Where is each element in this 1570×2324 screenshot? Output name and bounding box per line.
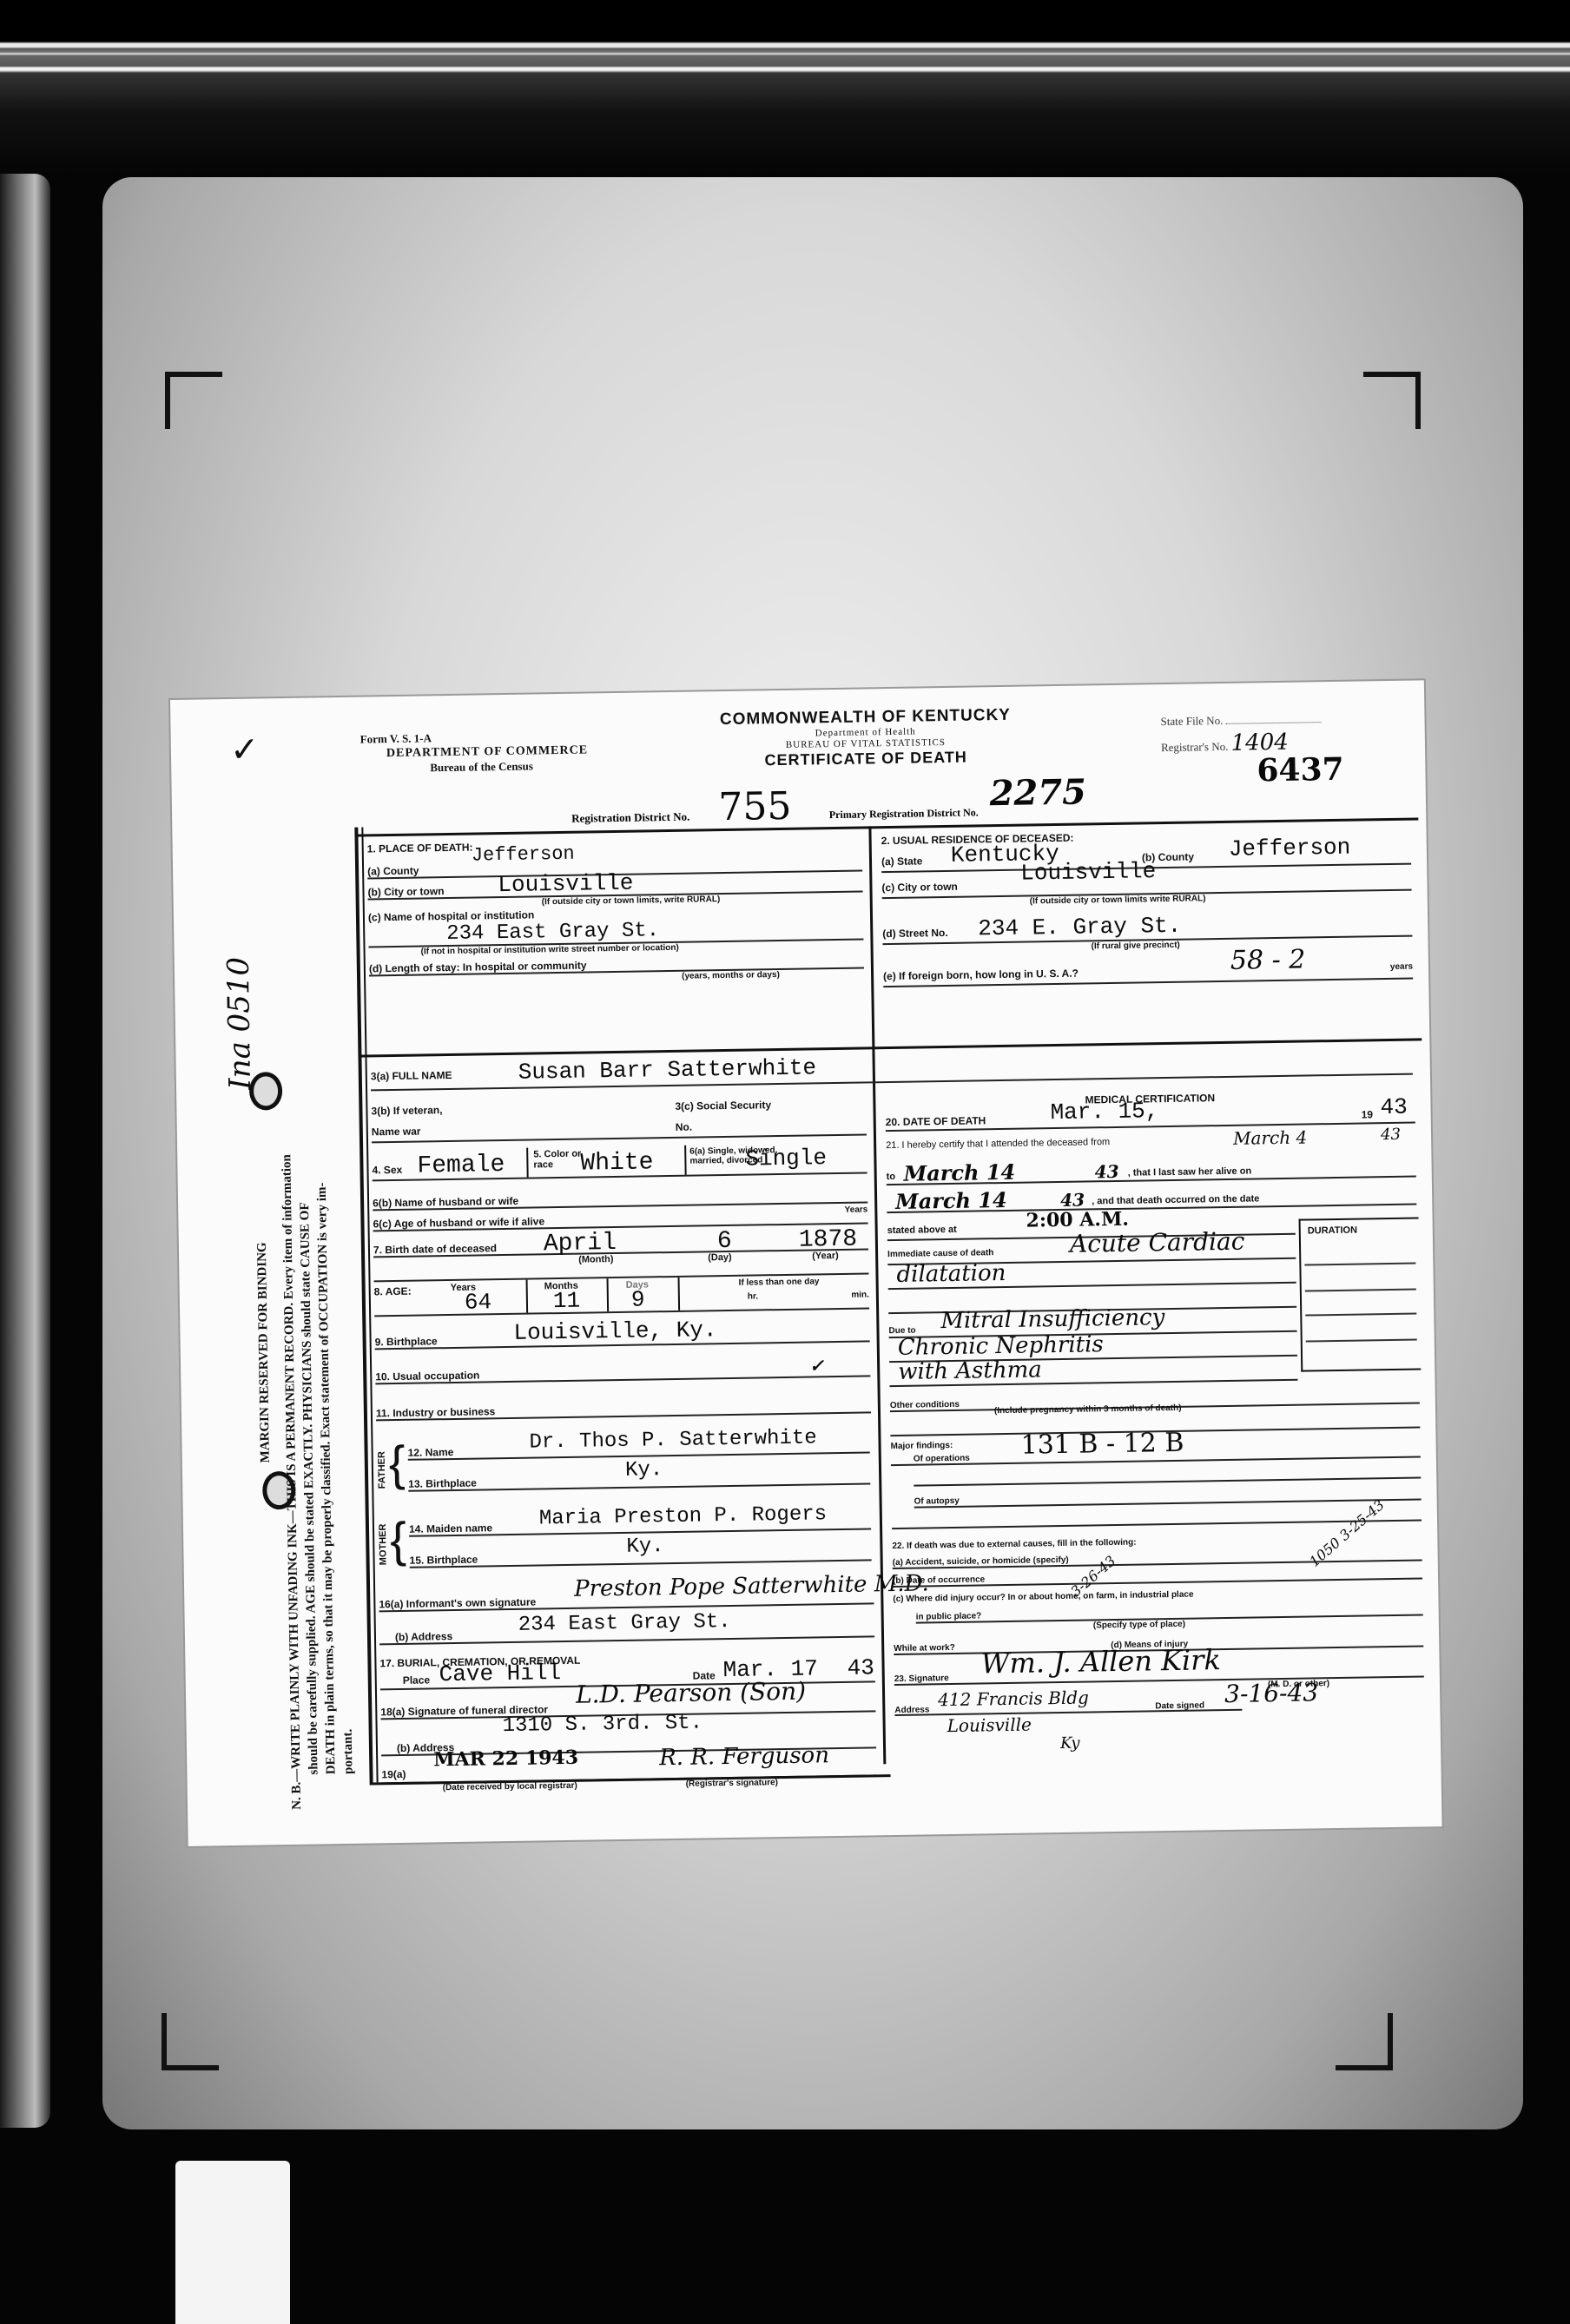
due-to-value-2: Chronic Nephritis	[898, 1331, 1104, 1361]
less-than-day-label: If less than one day	[739, 1277, 820, 1287]
informant-signature: Preston Pope Satterwhite M.D.	[574, 1570, 929, 1601]
residence-city-label: (c) City or town	[881, 881, 958, 894]
hr-label: hr.	[748, 1291, 758, 1301]
death-certificate: ✓ Ina 0510 MARGIN RESERVED FOR BINDING N…	[170, 680, 1442, 1846]
day-caption: (Day)	[708, 1252, 732, 1263]
next-frame-tab	[175, 2161, 290, 2324]
mother-name-field: 14. Maiden nameMaria Preston P. Rogers	[409, 1515, 871, 1536]
father-name-label: 12. Name	[408, 1446, 454, 1459]
crop-mark-top-right	[1363, 372, 1421, 429]
accident-label: (a) Accident, suicide, or homicide (spec…	[893, 1555, 1069, 1568]
foreign-born-field: (e) If foreign born, how long in U. S. A…	[883, 962, 1413, 988]
received-label: 19(a)	[381, 1768, 406, 1780]
duration-label: DURATION	[1308, 1224, 1419, 1236]
industry-field: 11. Industry or business	[376, 1399, 871, 1421]
duration-line	[1305, 1313, 1416, 1317]
informant-label: 16(a) Informant's own signature	[379, 1596, 536, 1611]
attended-to-year: 43	[1094, 1161, 1118, 1182]
state-file-label: State File No.	[1160, 714, 1223, 728]
spouse-name-field: 6(b) Name of husband or wife	[373, 1189, 867, 1211]
foreign-born-value: 58 - 2	[1230, 945, 1306, 976]
crop-mark-top-left	[165, 372, 222, 429]
death-year-value: 43	[1380, 1094, 1408, 1120]
date-signed-label: Date signed	[1155, 1700, 1204, 1711]
residence-state-label: (a) State	[881, 855, 923, 868]
hospital-value: 234 East Gray St.	[446, 919, 659, 946]
accident-field: (a) Accident, suicide, or homicide (spec…	[893, 1549, 1422, 1569]
due-to-value-1: Mitral Insufficiency	[940, 1304, 1164, 1334]
mother-group: MOTHER { 14. Maiden nameMaria Preston P.…	[378, 1507, 874, 1572]
check-mark-icon: ✓	[230, 730, 260, 770]
duration-line	[1306, 1339, 1417, 1343]
stamp-number: 6437	[1257, 756, 1344, 784]
burial-year-value: 43	[847, 1654, 874, 1680]
death-city-value: Louisville	[498, 870, 633, 898]
check-mark-icon: ✓	[809, 1355, 824, 1376]
attended-to-value: March 14	[903, 1159, 1015, 1186]
bureau-name: Bureau of the Census	[430, 757, 588, 775]
received-date-stamp: MAR 22 1943	[433, 1746, 578, 1772]
death-county-label: (a) County	[367, 865, 419, 878]
personal-section: 3(b) If veteran,3(c) Social Security Nam…	[371, 1097, 876, 1796]
physician-address-label: Address	[894, 1705, 929, 1715]
scan-header-bands	[0, 0, 1570, 174]
brace-icon: {	[390, 1511, 407, 1568]
divider	[607, 1278, 610, 1311]
major-findings-code: 131 B - 12 B	[1020, 1428, 1184, 1461]
age-days-value: 9	[631, 1287, 645, 1313]
birthplace-field: 9. Birthplace Louisville, Ky.	[374, 1321, 869, 1350]
last-saw-year: 43	[1060, 1190, 1085, 1211]
place-of-death-heading: 1. PLACE OF DEATH:	[367, 835, 862, 855]
age-years-value: 64	[465, 1289, 492, 1315]
mother-birthplace-field: 15. BirthplaceKy.	[409, 1547, 871, 1568]
ssn-no-label: No.	[676, 1121, 693, 1133]
age-months-value: 11	[553, 1288, 581, 1314]
at-work-label: While at work?	[894, 1643, 955, 1654]
full-name-label: 3(a) FULL NAME	[371, 1069, 452, 1082]
occurred-text: , and that death occurred on the date	[1092, 1193, 1259, 1206]
divider	[684, 1145, 687, 1175]
father-name-field: 12. NameDr. Thos P. Satterwhite	[408, 1439, 870, 1460]
federal-header: Form V. S. 1-A DEPARTMENT OF COMMERCE Bu…	[360, 728, 589, 776]
marital-value: Single	[745, 1145, 827, 1172]
birthplace-value: Louisville, Ky.	[513, 1317, 716, 1346]
father-birthplace-label: 13. Birthplace	[408, 1477, 477, 1490]
physician-address-1: 412 Francis Bldg	[938, 1687, 1089, 1711]
age-label: 8. AGE:	[374, 1285, 412, 1298]
death-county-value: Jefferson	[472, 843, 575, 867]
immediate-cause-value-2: dilatation	[896, 1260, 1006, 1288]
sex-label: 4. Sex	[372, 1164, 402, 1177]
duration-line	[1304, 1263, 1415, 1266]
adjacent-frame-edge	[0, 174, 50, 2128]
mother-name-label: 14. Maiden name	[409, 1522, 492, 1535]
divider	[526, 1148, 529, 1178]
divider	[526, 1280, 529, 1313]
min-label: min.	[851, 1290, 869, 1299]
attended-to-row: to March 14 43 , that I last saw her ali…	[887, 1157, 1416, 1186]
spouse-years-label: Years	[845, 1205, 868, 1214]
occurrence-label: (b) Date of occurrence	[893, 1575, 985, 1586]
death-year-prefix: 19	[1362, 1108, 1374, 1120]
death-date-value: Mar. 15,	[1050, 1098, 1158, 1126]
informant-address-label: (b) Address	[395, 1630, 452, 1643]
foreign-born-label: (e) If foreign born, how long in U. S. A…	[883, 967, 1079, 983]
race-value: White	[580, 1149, 653, 1177]
sex-race-marital-row: 4. Sex Female 5. Color or race White 6(a…	[372, 1142, 867, 1181]
death-date-field: 20. DATE OF DEATH Mar. 15, 19 43	[886, 1108, 1415, 1132]
full-name-field: 3(a) FULL NAME Susan Barr Satterwhite	[371, 1054, 1413, 1092]
father-birthplace-value: Ky.	[625, 1458, 663, 1482]
brace-icon: {	[388, 1435, 406, 1491]
primary-district-label: Primary Registration District No.	[829, 806, 979, 821]
year-caption: (Year)	[812, 1251, 839, 1261]
file-numbers: State File No. Registrar's No. 1404 6437	[1160, 708, 1344, 785]
funeral-director-signature: L.D. Pearson (Son)	[576, 1677, 807, 1709]
binding-hole-icon	[249, 1072, 283, 1111]
section-rule	[358, 1038, 1422, 1057]
residence-city-value: Louisville	[1020, 858, 1156, 886]
burial-place-label: Place	[403, 1674, 431, 1686]
informant-address-field: (b) Address234 East Gray St.	[379, 1623, 874, 1645]
form-body: Form V. S. 1-A DEPARTMENT OF COMMERCE Bu…	[353, 680, 1439, 1843]
reg-district-no: 755	[718, 784, 792, 829]
residence-section: 2. USUAL RESIDENCE OF DECEASED: (a) Stat…	[881, 827, 1414, 988]
last-saw-value: March 14	[895, 1187, 1007, 1214]
margin-handwriting: Ina 0510	[221, 957, 258, 1091]
ssn-label: 3(c) Social Security	[675, 1099, 771, 1112]
informant-address-value: 234 East Gray St.	[518, 1610, 731, 1637]
binding-margin: ✓ Ina 0510 MARGIN RESERVED FOR BINDING N…	[170, 697, 362, 1846]
crop-mark-bottom-left	[162, 2013, 219, 2070]
duration-box: DURATION	[1299, 1217, 1422, 1371]
where-injury-label: (c) Where did injury occur? In or about …	[893, 1586, 1422, 1604]
department-name: DEPARTMENT OF COMMERCE	[386, 743, 588, 761]
funeral-address-value: 1310 S. 3rd. St.	[502, 1712, 703, 1739]
birthplace-label: 9. Birthplace	[375, 1335, 438, 1348]
father-group: FATHER { 12. NameDr. Thos P. Satterwhite…	[376, 1430, 872, 1495]
other-conditions-label: Other conditions	[890, 1400, 960, 1410]
burial-place-value: Cave Hill	[439, 1660, 561, 1687]
residence-county-value: Jefferson	[1229, 835, 1351, 862]
last-saw-text: , that I last saw her alive on	[1128, 1166, 1252, 1179]
duration-line	[1305, 1289, 1416, 1292]
month-caption: (Month)	[578, 1254, 613, 1265]
operations-label: Of operations	[914, 1454, 970, 1464]
immediate-cause-value-1: Acute Cardiac	[1070, 1227, 1245, 1258]
father-group-label: FATHER	[377, 1451, 388, 1489]
years-label: years	[1390, 962, 1413, 972]
residence-street-label: (d) Street No.	[882, 927, 948, 940]
date-signed-value: 3-16-43	[1224, 1678, 1319, 1708]
death-date-label: 20. DATE OF DEATH	[886, 1114, 986, 1128]
birth-day: 6	[717, 1228, 732, 1255]
state-header: COMMONWEALTH OF KENTUCKY Department of H…	[700, 705, 1031, 770]
reg-district-label: Registration District No.	[571, 810, 689, 825]
mother-birthplace-value: Ky.	[626, 1535, 664, 1559]
medical-section: MEDICAL CERTIFICATION 20. DATE OF DEATH …	[885, 1089, 1425, 1755]
stated-above-label: stated above at	[887, 1225, 957, 1236]
physician-signature: Wm. J. Allen Kirk	[980, 1643, 1221, 1680]
death-city-label: (b) City or town	[367, 885, 444, 898]
last-saw-row: March 14 43 , and that death occurred on…	[887, 1185, 1416, 1214]
full-name-value: Susan Barr Satterwhite	[518, 1054, 817, 1085]
father-birthplace-field: 13. BirthplaceKy.	[408, 1470, 870, 1491]
certify-text: 21. I hereby certify that I attended the…	[886, 1137, 1110, 1151]
veteran-label: 3(b) If veteran,	[371, 1104, 442, 1117]
occupation-label: 10. Usual occupation	[375, 1370, 479, 1383]
residence-street-value: 234 E. Gray St.	[978, 913, 1181, 942]
signature-label: 23. Signature	[894, 1674, 949, 1684]
attended-from-row: 21. I hereby certify that I attended the…	[886, 1132, 1415, 1157]
race-label: 5. Color or race	[533, 1149, 585, 1171]
registrars-label: Registrar's No.	[1161, 740, 1229, 754]
father-name-value: Dr. Thos P. Satterwhite	[529, 1426, 817, 1454]
attended-from-year: 43	[1381, 1126, 1401, 1144]
to-label: to	[887, 1172, 896, 1182]
name-war-row: Name warNo.	[372, 1118, 867, 1143]
veteran-row: 3(b) If veteran,3(c) Social Security	[371, 1097, 866, 1120]
name-war-label: Name war	[372, 1126, 421, 1139]
spouse-age-field: 6(c) Age of husband or wife if aliveYear…	[373, 1210, 867, 1231]
mother-group-label: MOTHER	[378, 1524, 389, 1566]
immediate-cause-label: Immediate cause of death	[887, 1248, 993, 1259]
occurrence-field: (b) Date of occurrence 3-26-43	[893, 1568, 1422, 1588]
crop-mark-bottom-right	[1336, 2013, 1393, 2070]
mother-name-value: Maria Preston P. Rogers	[539, 1502, 828, 1530]
due-to-value-3: with Asthma	[898, 1357, 1042, 1385]
occupation-field: 10. Usual occupation✓	[375, 1363, 870, 1384]
mother-birthplace-label: 15. Birthplace	[409, 1554, 478, 1567]
due-to-line-3: with Asthma	[889, 1357, 1297, 1387]
sex-value: Female	[417, 1152, 505, 1180]
place-of-death-section: 1. PLACE OF DEATH: Jefferson (a) County …	[367, 835, 865, 987]
birth-date-label: 7. Birth date of deceased	[373, 1242, 497, 1256]
registrar-signature: R. R. Ferguson	[659, 1742, 829, 1771]
spouse-age-label: 6(c) Age of husband or wife if alive	[373, 1215, 544, 1230]
primary-district-no: 2275	[989, 771, 1086, 814]
instructions-line-4: portant.	[341, 1729, 357, 1774]
margin-note: MARGIN RESERVED FOR BINDING	[255, 1242, 274, 1462]
informant-field: 16(a) Informant's own signaturePreston P…	[379, 1590, 874, 1612]
divider	[678, 1278, 681, 1311]
age-row: 8. AGE: Years 64 Months 11 Days 9 If les…	[374, 1272, 870, 1317]
attended-from-value: March 4	[1233, 1126, 1308, 1148]
